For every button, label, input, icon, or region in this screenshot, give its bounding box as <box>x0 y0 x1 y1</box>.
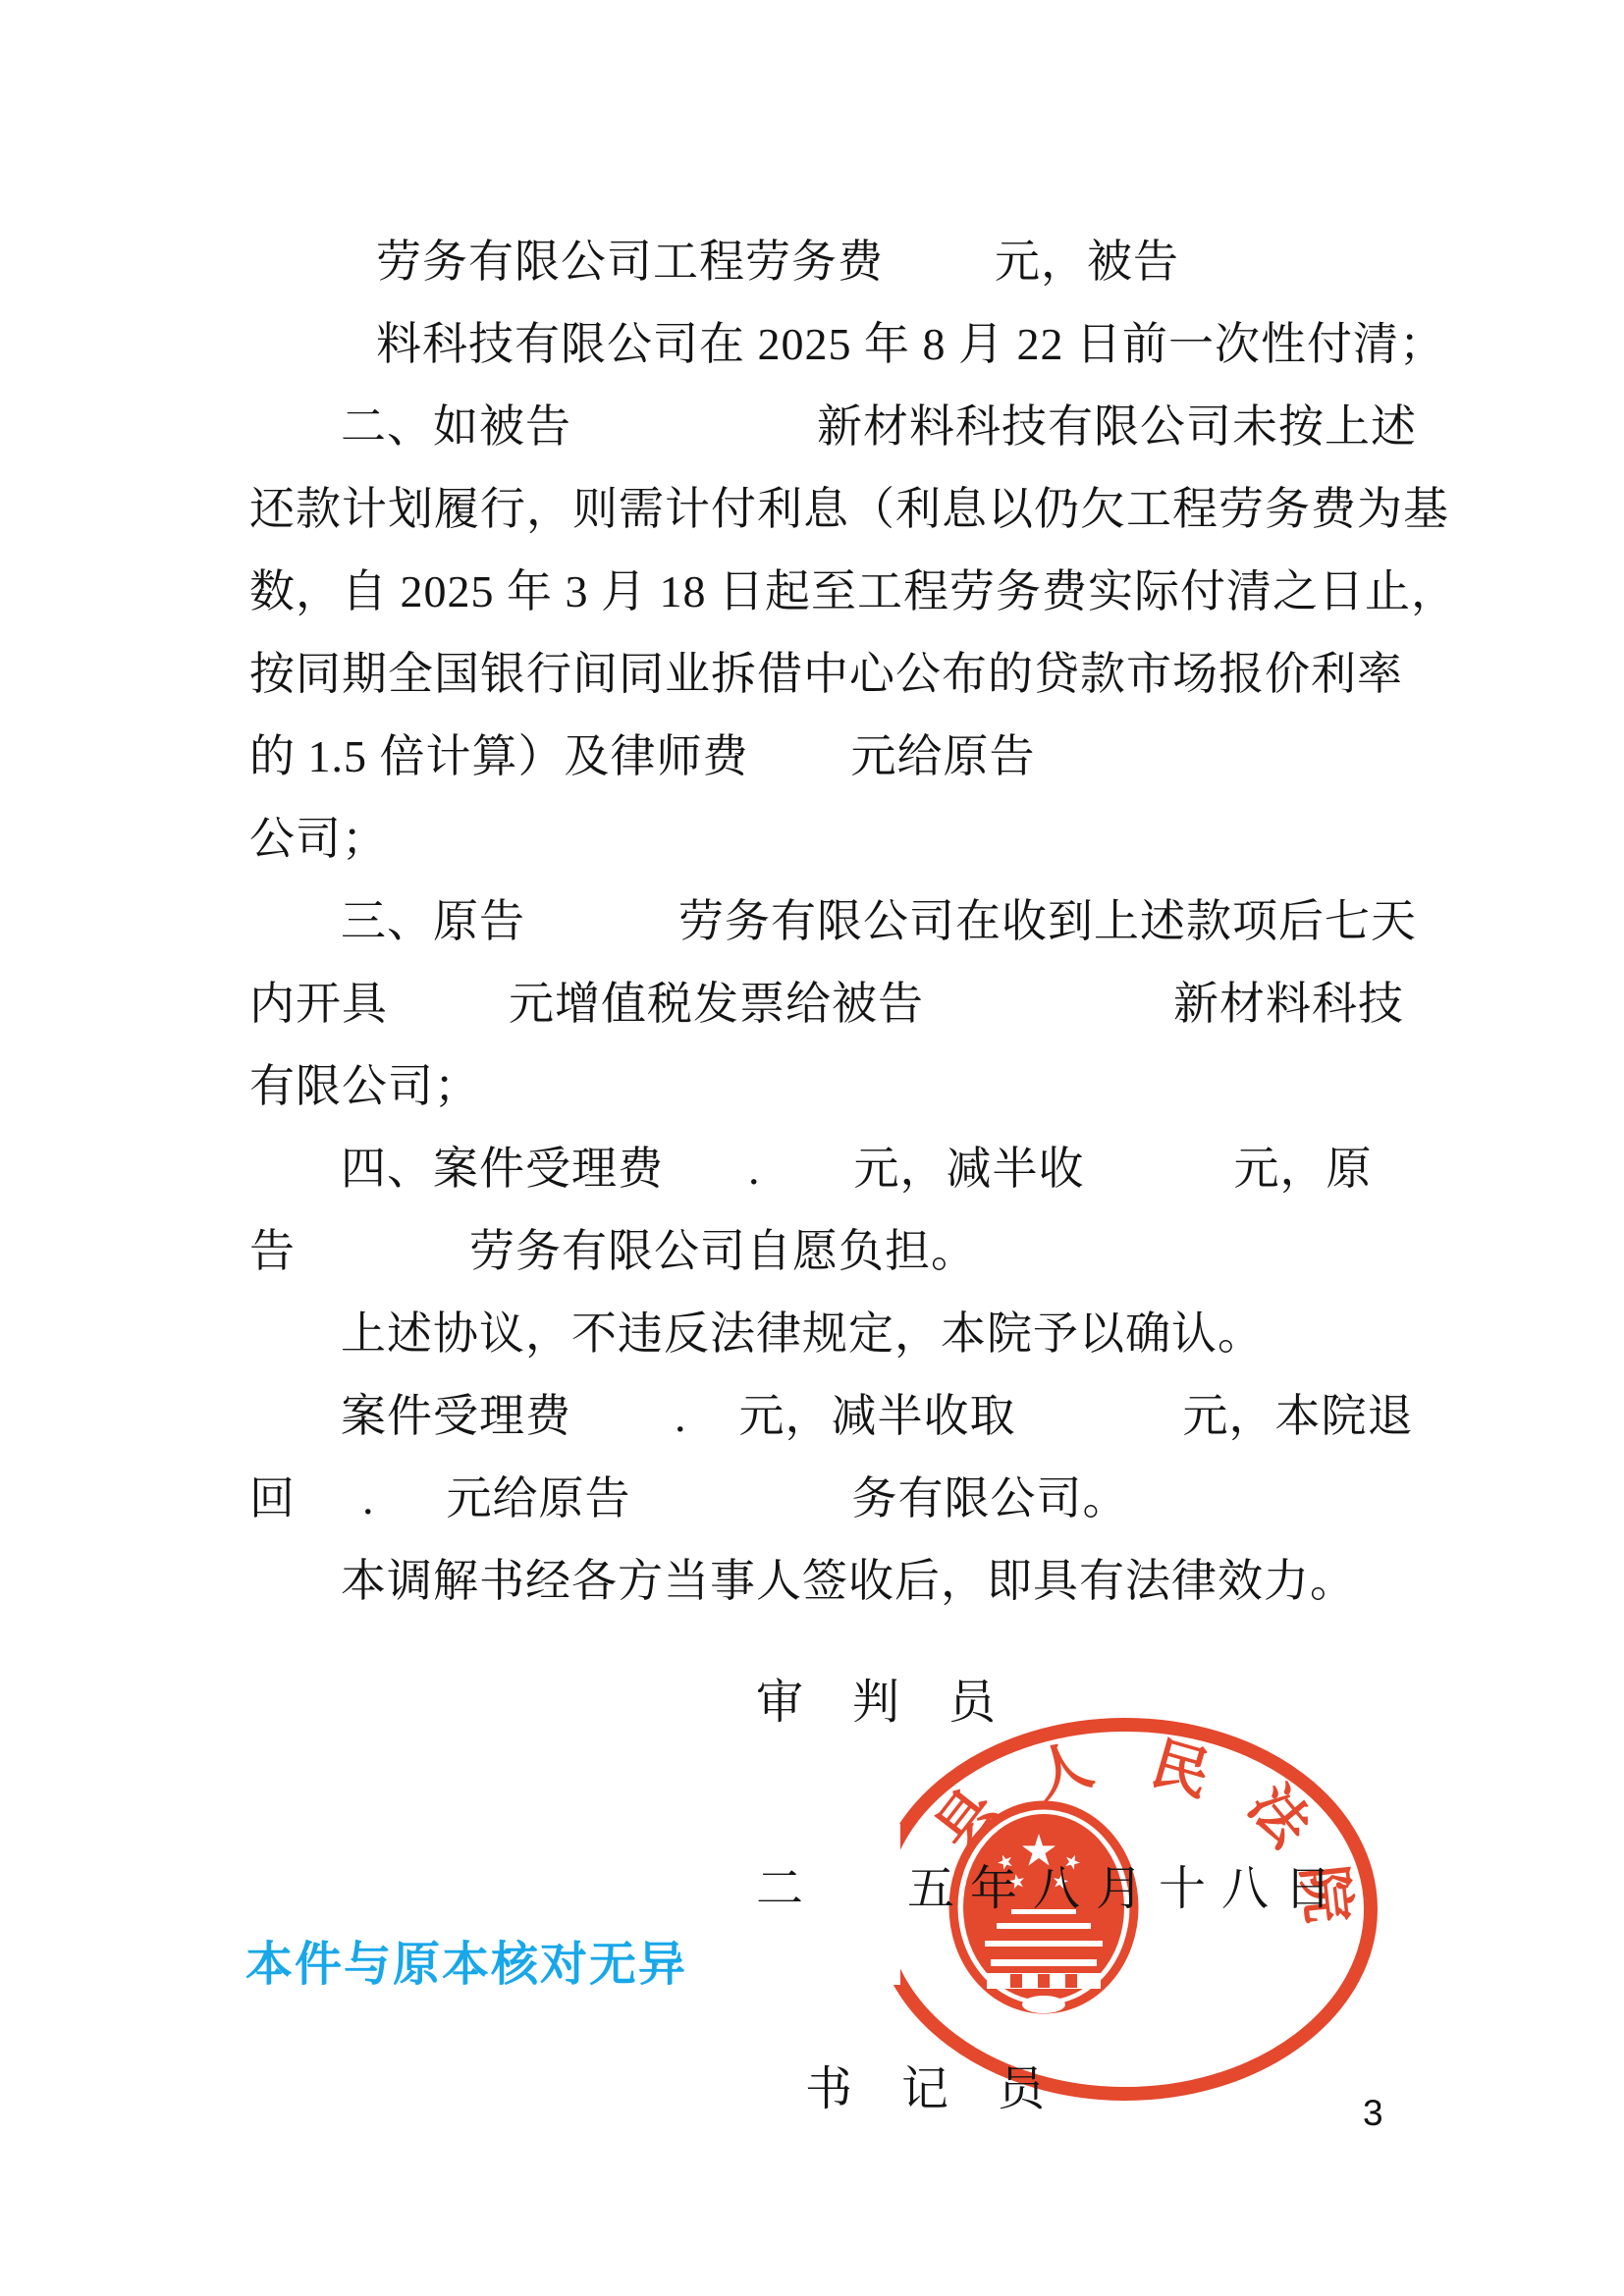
text-run: 有限公司； <box>249 1061 480 1111</box>
text-run: 上述协议，不违反法律规定，本院予以确认。 <box>341 1308 1264 1359</box>
body-line-10: 内开具元增值税发票给被告新材料科技 <box>249 963 1404 1045</box>
text-run: . <box>362 1473 375 1523</box>
text-run: 告 <box>249 1226 296 1276</box>
text-run: 审 判 员 <box>756 1677 997 1729</box>
text-run: 案件受理费 <box>341 1391 571 1441</box>
text-run: 料科技有限公司在 2025 年 8 月 22 日前一次性付清； <box>376 319 1445 369</box>
clerk-signature-line: 书 记 员 <box>805 2056 1046 2124</box>
body-line-16: 回.元给原告务有限公司。 <box>249 1458 1129 1540</box>
body-line-8: 公司； <box>249 798 388 881</box>
text-run: 五年八月十八日 <box>907 1863 1347 1915</box>
text-run: . <box>675 1391 687 1441</box>
text-run: 数，自 2025 年 3 月 18 日起至工程劳务费实际付清之日止， <box>249 566 1457 616</box>
redacted-blank <box>296 1513 362 1514</box>
text-run: 回 <box>249 1473 296 1523</box>
text-run: 元，原 <box>1234 1144 1373 1194</box>
text-run: 劳务有限公司在收到上述款项后七天 <box>678 896 1417 946</box>
text-run: . <box>748 1144 761 1194</box>
redacted-blank <box>804 1903 907 1904</box>
copy-verification-note: 本件与原本核对无异 <box>245 1936 687 1995</box>
redacted-blank <box>296 1265 469 1266</box>
redacted-blank <box>525 935 678 936</box>
body-line-4: 还款计划履行，则需计付利息（利息以仍欠工程劳务费为基 <box>249 468 1449 551</box>
redacted-blank <box>1016 1430 1183 1431</box>
body-line-7: 的 1.5 倍计算）及律师费元给原告 <box>249 716 1036 798</box>
text-run: 劳务有限公司工程劳务费 <box>376 237 884 287</box>
judge-signature-line: 审 判 员 <box>756 1669 997 1737</box>
body-line-2: 料科技有限公司在 2025 年 8 月 22 日前一次性付清； <box>376 303 1445 386</box>
text-run: 劳务有限公司自愿负担。 <box>469 1226 977 1276</box>
text-run: 元增值税发票给被告 <box>509 979 924 1029</box>
body-line-14: 上述协议，不违反法律规定，本院予以确认。 <box>341 1293 1264 1375</box>
redacted-blank <box>388 1018 509 1019</box>
redaction-notch <box>1112 1743 1156 1763</box>
text-run: 元给原告 <box>851 731 1036 781</box>
body-line-3: 二、如被告新材料科技有限公司未按上述 <box>341 386 1417 468</box>
redacted-blank <box>884 276 995 277</box>
text-run: 内开具 <box>249 979 388 1029</box>
body-line-6: 按同期全国银行间同业拆借中心公布的贷款市场报价利率 <box>249 633 1403 716</box>
emblem-gate-doors <box>1010 1974 1077 1988</box>
body-line-13: 告劳务有限公司自愿负担。 <box>249 1210 977 1293</box>
redacted-blank <box>664 1183 748 1184</box>
redacted-blank <box>924 1018 1173 1019</box>
text-run: 三、原告 <box>341 896 525 946</box>
redacted-blank <box>631 1513 852 1514</box>
text-run: 二、如被告 <box>341 401 571 452</box>
text-run: 本调解书经各方当事人签收后，即具有法律效力。 <box>341 1556 1356 1606</box>
redacted-blank <box>375 1513 447 1514</box>
text-run: 务有限公司。 <box>852 1473 1129 1523</box>
body-line-5: 数，自 2025 年 3 月 18 日起至工程劳务费实际付清之日止， <box>249 551 1457 633</box>
body-line-17: 本调解书经各方当事人签收后，即具有法律效力。 <box>341 1540 1356 1623</box>
redacted-blank <box>749 771 851 772</box>
redacted-blank <box>1085 1183 1234 1184</box>
text-run: 元，被告 <box>995 237 1179 287</box>
text-run: 四、案件受理费 <box>341 1144 664 1194</box>
text-run: 本件与原本核对无异 <box>245 1939 687 1991</box>
body-line-9: 三、原告劳务有限公司在收到上述款项后七天 <box>341 881 1417 963</box>
page-number: 3 <box>1363 2093 1383 2134</box>
date-line: 二五年八月十八日 <box>756 1855 1347 1924</box>
text-run: 二 <box>756 1863 804 1915</box>
document-page: 县人民法院 3 劳务有限公司工程劳务费元，被告料科技有限公司在 2025 年 8… <box>0 0 1624 2296</box>
redacted-blank <box>571 1430 675 1431</box>
redacted-blank <box>571 441 817 442</box>
text-run: 还款计划履行，则需计付利息（利息以仍欠工程劳务费为基 <box>249 484 1449 534</box>
text-run: 按同期全国银行间同业拆借中心公布的贷款市场报价利率 <box>249 649 1403 699</box>
text-run: 元，减半收 <box>854 1144 1085 1194</box>
text-run: 新材料科技 <box>1173 979 1404 1029</box>
body-line-1: 劳务有限公司工程劳务费元，被告 <box>376 221 1179 303</box>
body-line-15: 案件受理费.元，减半收取元，本院退 <box>341 1375 1414 1458</box>
redacted-blank <box>761 1183 854 1184</box>
text-run: 书 记 员 <box>805 2063 1046 2115</box>
redacted-blank <box>687 1430 739 1431</box>
text-run: 公司； <box>249 814 388 864</box>
text-run: 元给原告 <box>447 1473 631 1523</box>
text-run: 新材料科技有限公司未按上述 <box>817 401 1417 452</box>
text-run: 的 1.5 倍计算）及律师费 <box>249 731 749 781</box>
text-run: 元，本院退 <box>1183 1391 1414 1441</box>
body-line-11: 有限公司； <box>249 1045 480 1128</box>
body-line-12: 四、案件受理费.元，减半收元，原 <box>341 1128 1373 1210</box>
text-run: 元，减半收取 <box>739 1391 1016 1441</box>
